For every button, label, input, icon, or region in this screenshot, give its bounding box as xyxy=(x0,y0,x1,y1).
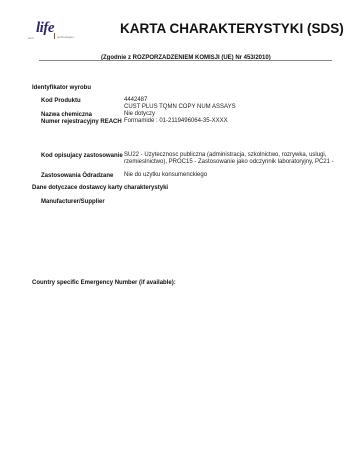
section-heading-supplier: Dane dotyczace dostawcy karty charaktery… xyxy=(32,185,168,191)
value-usage-code-line1: SU22 - Uzytecznosc publiczna (administra… xyxy=(124,152,326,159)
label-chemical-name: Nazwa chemiczna xyxy=(41,112,92,118)
logo-divider xyxy=(54,33,55,39)
label-discouraged-uses: Zastosowania Ódradzane xyxy=(41,173,113,179)
section-heading-identifier: Identyfikator wyrobu xyxy=(32,85,91,91)
company-logo: life tech technologies xyxy=(28,22,78,44)
section-heading-emergency: Country specific Emergency Number (if av… xyxy=(32,280,176,286)
value-discouraged-uses: Nie do uzytku konsumenckiego xyxy=(124,172,207,179)
value-chemical-name: Nie dotyczy xyxy=(124,111,155,118)
header-divider xyxy=(39,60,332,61)
logo-brand: life xyxy=(36,20,54,37)
label-manufacturer-supplier: Manufacturer/Supplier xyxy=(41,199,105,205)
value-product-code: 4442487 xyxy=(124,97,147,104)
logo-right-text: technologies xyxy=(57,35,74,39)
value-product-name: CUST PLUS TQMN COPY NUM ASSAYS xyxy=(124,104,236,111)
logo-left-text: tech xyxy=(28,36,34,40)
label-usage-code: Kod opisujacy zastosowanie xyxy=(41,153,123,159)
value-reach-number: Formamide : 01-2119496064-35-XXXX xyxy=(124,118,228,125)
value-usage-code-line2: rzemieslnictwo), PROC15 - Zastosowanie j… xyxy=(124,159,334,166)
label-reach-number: Numer rejestracyjny REACH xyxy=(41,119,122,125)
document-title: KARTA CHARAKTERYSTYKI (SDS) xyxy=(120,21,344,36)
label-product-code: Kod Produktu xyxy=(41,98,81,104)
